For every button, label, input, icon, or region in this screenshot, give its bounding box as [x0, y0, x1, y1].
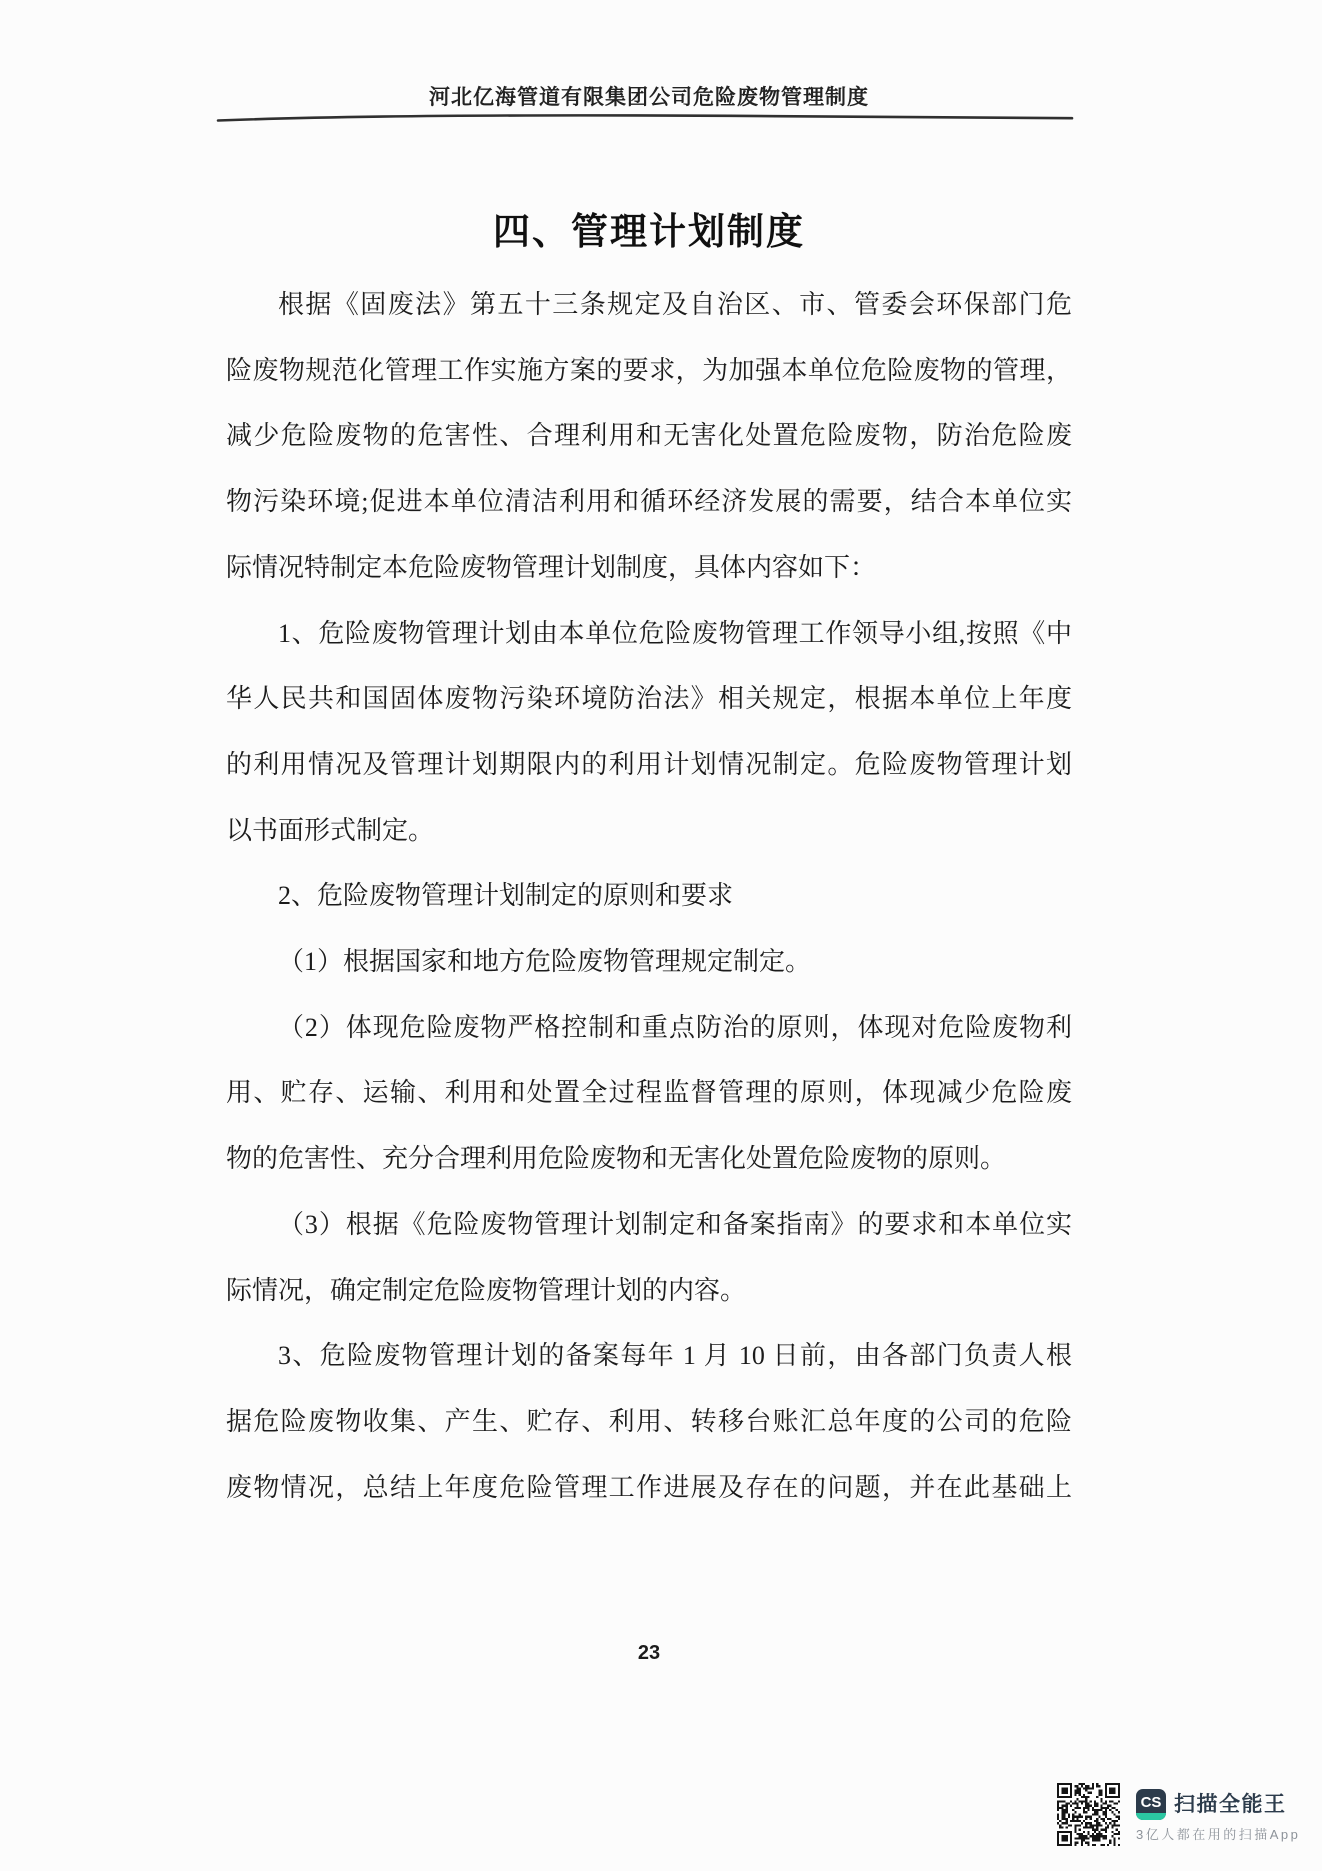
body-line: 3、危险废物管理计划的备案每年 1 月 10 日前，由各部门负责人根	[226, 1323, 1072, 1389]
camscanner-brand-name: 扫描全能王	[1174, 1791, 1287, 1819]
body-line: 根据《固废法》第五十三条规定及自治区、市、管委会环保部门危	[226, 272, 1072, 338]
body-line: 废物情况，总结上年度危险管理工作进展及存在的问题，并在此基础上	[226, 1455, 1072, 1521]
body-line: 险废物规范化管理工作实施方案的要求，为加强本单位危险废物的管理，	[226, 338, 1072, 404]
body-line: 际情况特制定本危险废物管理计划制度，具体内容如下：	[226, 535, 1072, 601]
body-line: （3）根据《危险废物管理计划制定和备案指南》的要求和本单位实	[226, 1192, 1072, 1258]
body-line: 以书面形式制定。	[226, 798, 1072, 864]
camscanner-logo-icon: CS	[1136, 1789, 1166, 1820]
page-header-text: 河北亿海管道有限集团公司危险废物管理制度	[226, 84, 1072, 110]
body-line: 的利用情况及管理计划期限内的利用计划情况制定。危险废物管理计划	[226, 732, 1072, 798]
body-line: 2、危险废物管理计划制定的原则和要求	[226, 863, 1072, 929]
qr-code-icon	[1057, 1782, 1120, 1847]
camscanner-logo-text: CS	[1136, 1790, 1166, 1814]
body-line: （2）体现危险废物严格控制和重点防治的原则，体现对危险废物利	[226, 995, 1072, 1061]
body-line: 减少危险废物的危害性、合理利用和无害化处置危险废物，防治危险废	[226, 403, 1072, 469]
body-line: 际情况，确定制定危险废物管理计划的内容。	[226, 1258, 1072, 1324]
body-line: 物的危害性、充分合理利用危险废物和无害化处置危险废物的原则。	[226, 1126, 1072, 1192]
body-line: （1）根据国家和地方危险废物管理规定制定。	[226, 929, 1072, 995]
page-number: 23	[226, 1642, 1072, 1665]
body-line: 华人民共和国固体废物污染环境防治法》相关规定，根据本单位上年度	[226, 666, 1072, 732]
document-page: 河北亿海管道有限集团公司危险废物管理制度 四、管理计划制度 根据《固废法》第五十…	[0, 0, 1322, 1871]
camscanner-tagline: 3亿人都在用的扫描App	[1136, 1826, 1300, 1843]
header-rule	[216, 111, 1074, 125]
section-title: 四、管理计划制度	[226, 212, 1072, 254]
body-line: 据危险废物收集、产生、贮存、利用、转移台账汇总年度的公司的危险	[226, 1389, 1072, 1455]
body-line: 1、危险废物管理计划由本单位危险废物管理工作领导小组,按照《中	[226, 601, 1072, 667]
body-line: 物污染环境;促进本单位清洁利用和循环经济发展的需要，结合本单位实	[226, 469, 1072, 535]
document-body: 根据《固废法》第五十三条规定及自治区、市、管委会环保部门危 险废物规范化管理工作…	[226, 272, 1072, 1520]
camscanner-logo-teal-bar	[1136, 1813, 1166, 1820]
body-line: 用、贮存、运输、利用和处置全过程监督管理的原则，体现减少危险废	[226, 1060, 1072, 1126]
